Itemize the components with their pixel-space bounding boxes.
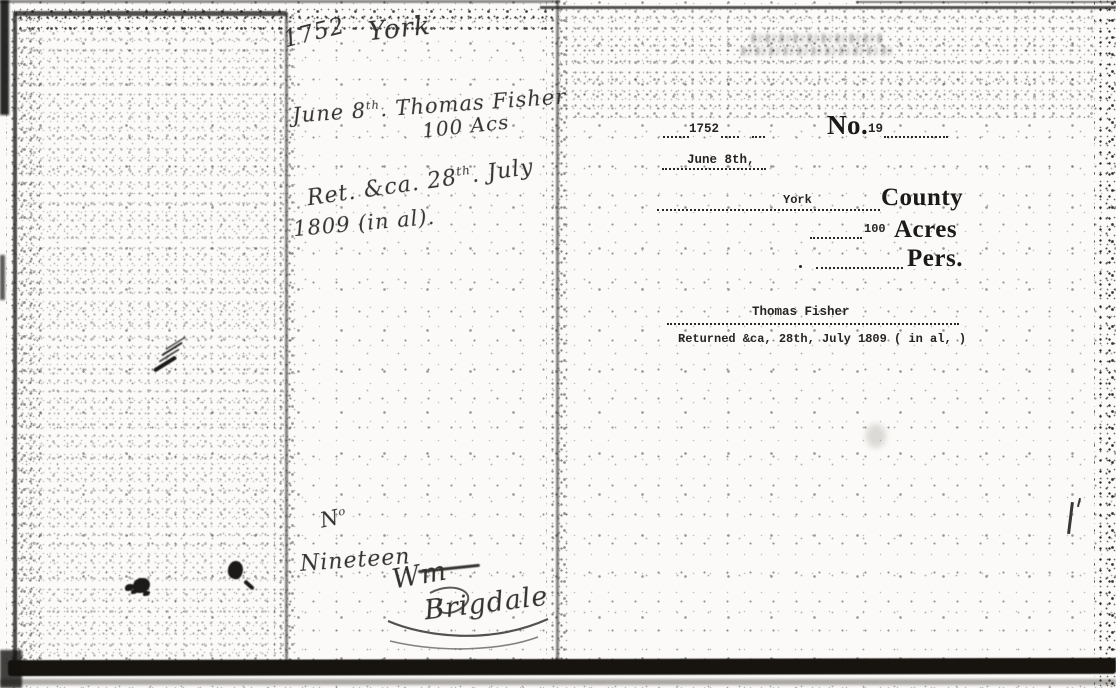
pen-mark-right	[1067, 502, 1073, 534]
form-lone-dot	[799, 265, 802, 268]
scan-noise-left-panel	[16, 30, 284, 660]
form-returned-note: Returned &ca, 28th, July 1809 ( in al, )	[678, 332, 966, 346]
form-acres-value: 100	[864, 222, 886, 236]
ink-blot-1	[133, 578, 150, 593]
dotted-leader	[663, 136, 689, 138]
docket-county: York	[367, 11, 433, 47]
scan-noise-top-right-band	[560, 8, 1096, 118]
dotted-leader	[884, 136, 948, 138]
dotted-leader	[657, 209, 880, 211]
dotted-leader	[662, 168, 766, 170]
dotted-leader	[721, 136, 739, 138]
scan-left-border-line	[13, 12, 17, 666]
scan-noise-left-band	[6, 10, 40, 670]
docket-returned-line: Ret. &ca. 28th. July	[305, 154, 535, 211]
scan-bottom-smudge	[0, 679, 1116, 685]
ink-blot-2-tail	[243, 579, 255, 590]
scan-top-edge-right	[540, 6, 1116, 9]
signature-flourish	[370, 575, 560, 655]
docket-entry-date-sup: th	[365, 97, 380, 112]
scan-noise-right-band	[1094, 0, 1116, 688]
ink-stroke-left	[153, 355, 177, 372]
docket-number-abbr: No	[318, 503, 350, 532]
form-acres-label: Acres	[894, 216, 957, 244]
dotted-leader	[816, 267, 903, 269]
docket-year: 1752	[281, 13, 348, 53]
faded-stamp	[742, 28, 894, 62]
form-county-value: York	[783, 193, 812, 207]
docket-number-sup: o	[337, 503, 348, 518]
form-county-label: County	[881, 184, 963, 212]
form-year: 1752	[689, 122, 719, 136]
form-date: June 8th,	[687, 153, 755, 167]
form-persons-label: Pers.	[907, 245, 963, 273]
ink-blot-2	[226, 559, 246, 581]
form-number-value: 19	[868, 122, 883, 136]
scan-top-edge-left	[0, 0, 560, 3]
scan-left-edge-mark	[0, 255, 5, 300]
dotted-leader	[667, 323, 959, 325]
fold-crease-left	[285, 13, 288, 669]
scan-bottom-bar	[8, 658, 1116, 676]
form-grantee-name: Thomas Fisher	[752, 305, 850, 319]
form-number-label: No.	[827, 110, 868, 141]
scan-bottom-left-corner	[0, 650, 22, 688]
pen-tick-right	[1077, 498, 1081, 507]
scan-top-border-line-left-panel	[15, 11, 287, 16]
scan-left-corner-blob	[0, 0, 9, 115]
dotted-leader	[752, 136, 765, 138]
paper-smudge	[866, 424, 886, 448]
scan-top-edge-right-outer	[856, 1, 1116, 3]
dotted-leader	[810, 237, 862, 239]
scanned-document: 1752 York June 8th. Thomas Fisher 100 Ac…	[0, 0, 1116, 688]
